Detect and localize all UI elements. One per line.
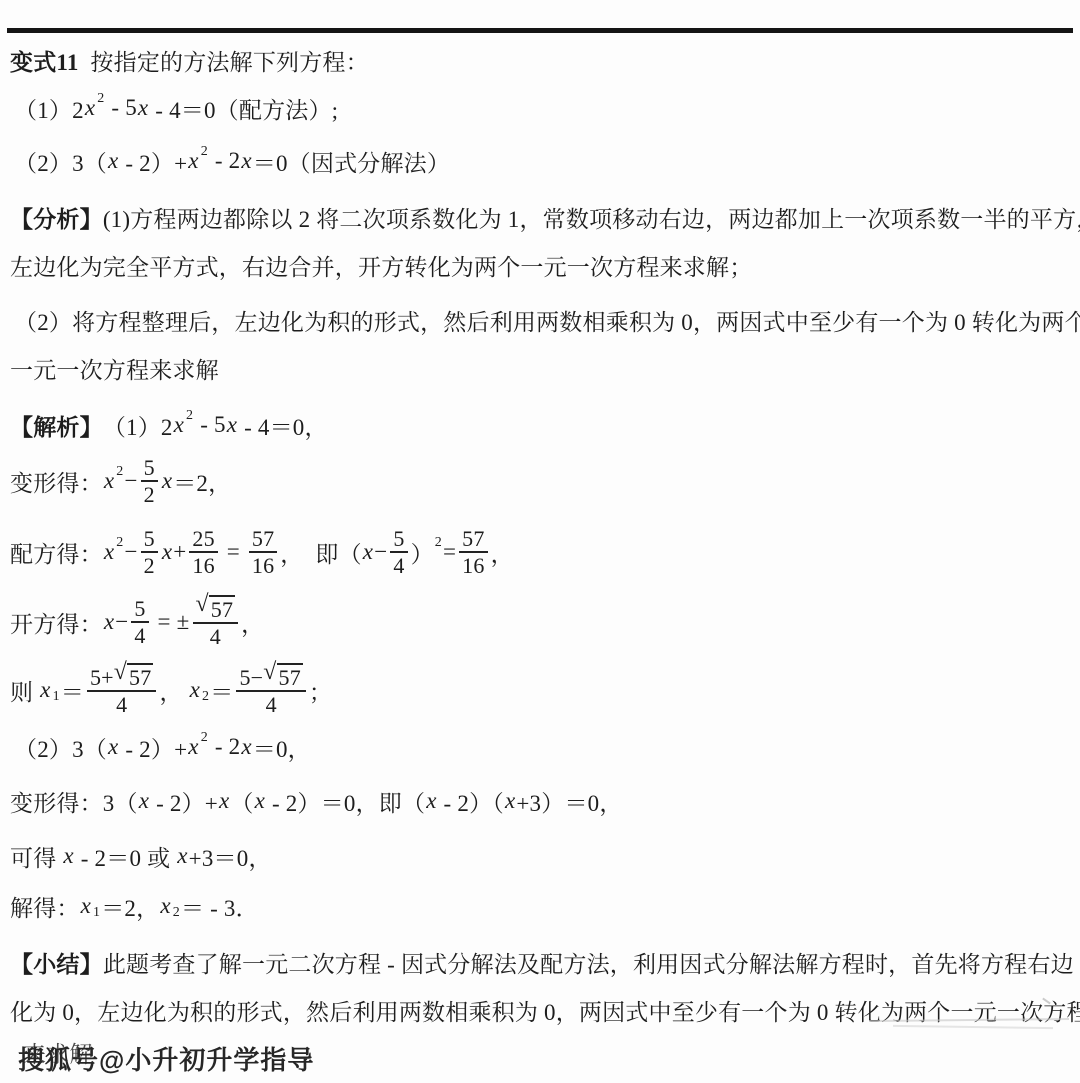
solution-line-equation-1: 【解析】（1）2x2 - 5x - 4＝0， bbox=[10, 405, 1076, 445]
top-rule bbox=[7, 28, 1073, 33]
watermark-sohu: 搜狐号@小升初升学指导 bbox=[18, 1040, 314, 1077]
solution-line-roots-2: 解得：x1＝2，x2＝ - 3． bbox=[10, 886, 1076, 926]
summary-line-1: 【小结】此题考查了解一元二次方程 - 因式分解法及配方法，利用因式分解法解方程时… bbox=[10, 946, 1076, 978]
solution-line-transform-1: 变形得：x2−52x＝2， bbox=[10, 451, 1076, 511]
problem-item-1: （1）2x2 - 5x - 4＝0（配方法）; bbox=[14, 88, 1076, 128]
analysis-line-4: 一元一次方程来求解 bbox=[10, 352, 1076, 384]
problem-title: 变式11 按指定的方法解下列方程： bbox=[10, 44, 1076, 76]
solution-line-roots-1: 则 x1＝5+√574， x2＝5−√574； bbox=[10, 656, 1076, 724]
analysis-line-1: 【分析】(1)方程两边都除以 2 将二次项系数化为 1，常数项移动右边，两边都加… bbox=[10, 201, 1076, 233]
solution-line-square-root: 开方得：x−54 = ±√574， bbox=[10, 588, 1076, 656]
analysis-line-3: （2）将方程整理后，左边化为积的形式，然后利用两数相乘积为 0，两因式中至少有一… bbox=[14, 304, 1076, 336]
problem-item-2: （2）3（x - 2）+x2 - 2x＝0（因式分解法） bbox=[14, 141, 1076, 181]
solution-line-complete-square: 配方得：x2−52x+2516 = 5716， 即（x−54）2=5716， bbox=[10, 522, 1076, 582]
page: { "colors": { "ink": "#1d1d1d", "rule": … bbox=[0, 0, 1080, 1083]
footer-area: 来求解 搜狐号@小升初升学指导 bbox=[10, 1036, 1076, 1076]
solution-line-factors-zero: 可得 x - 2＝0 或 x+3＝0， bbox=[10, 836, 1076, 876]
analysis-line-2: 左边化为完全平方式，右边合并，开方转化为两个一元一次方程来求解； bbox=[10, 249, 1076, 281]
solution-line-transform-2: 变形得：3（x - 2）+x（x - 2）＝0，即（x - 2）（x+3）＝0， bbox=[10, 781, 1076, 821]
erased-watermark-artifact bbox=[869, 1019, 1069, 1028]
solution-line-equation-2: （2）3（x - 2）+x2 - 2x＝0， bbox=[14, 727, 1076, 767]
